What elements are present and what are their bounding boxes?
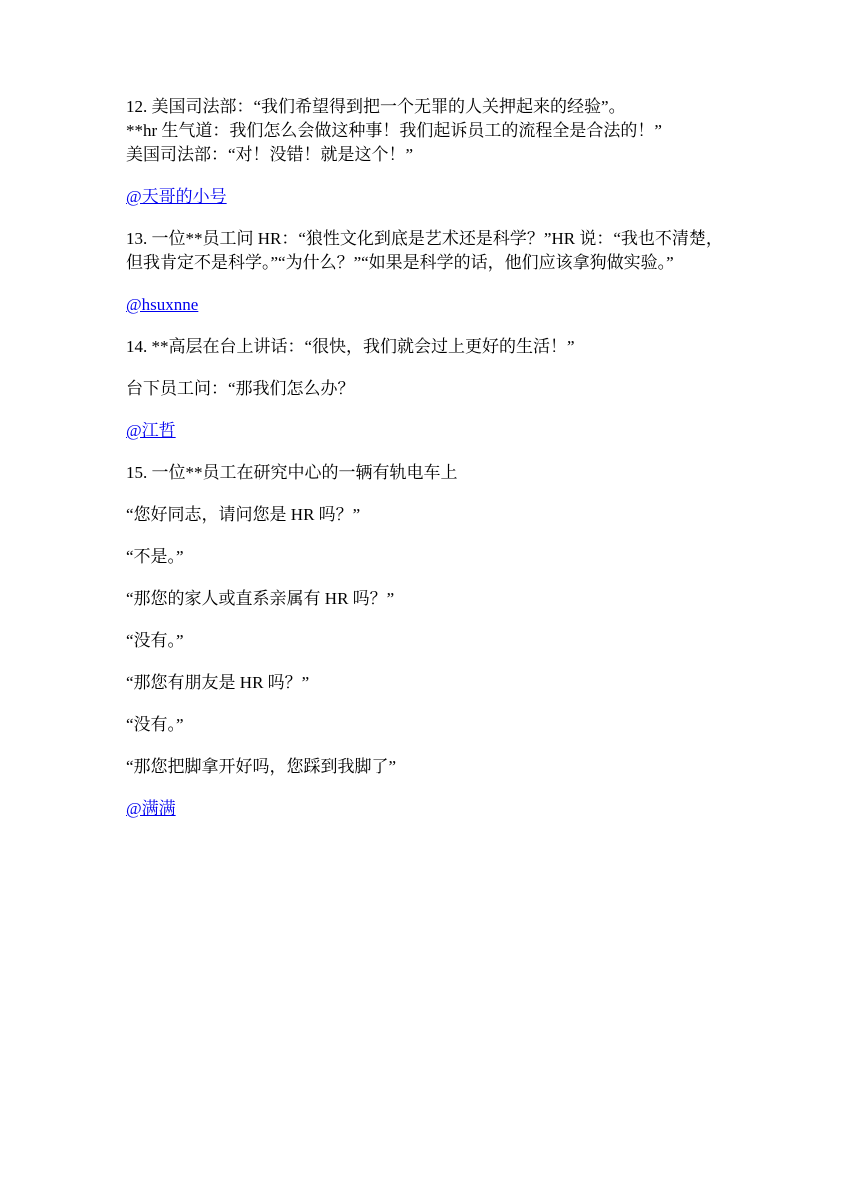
joke-dialog-line: “那您的家人或直系亲属有 HR 吗？” [126, 587, 738, 611]
joke-dialog-line: “那您有朋友是 HR 吗？” [126, 671, 738, 695]
joke-line: “您好同志，请问您是 HR 吗？” [126, 503, 738, 527]
joke-paragraph: 13. 一位**员工问 HR：“狼性文化到底是艺术还是科学？”HR 说：“我也不… [126, 227, 738, 275]
attribution-paragraph: @天哥的小号 [126, 185, 738, 209]
attribution-paragraph: @江哲 [126, 419, 738, 443]
attribution-link-15[interactable]: @满满 [126, 799, 176, 818]
joke-line: “那您有朋友是 HR 吗？” [126, 671, 738, 695]
attribution-link-13[interactable]: @hsuxnne [126, 295, 198, 314]
attribution-link-14[interactable]: @江哲 [126, 421, 176, 440]
joke-line: 美国司法部：“对！没错！就是这个！” [126, 143, 738, 167]
joke-line: “那您把脚拿开好吗，您踩到我脚了” [126, 755, 738, 779]
joke-paragraph: 台下员工问：“那我们怎么办？ [126, 377, 738, 401]
joke-dialog-line: “没有。” [126, 629, 738, 653]
joke-line: 12. 美国司法部：“我们希望得到把一个无罪的人关押起来的经验”。 [126, 95, 738, 119]
joke-item-13: 13. 一位**员工问 HR：“狼性文化到底是艺术还是科学？”HR 说：“我也不… [126, 227, 738, 317]
joke-dialog-line: “那您把脚拿开好吗，您踩到我脚了” [126, 755, 738, 779]
joke-item-15: 15. 一位**员工在研究中心的一辆有轨电车上 “您好同志，请问您是 HR 吗？… [126, 461, 738, 821]
attribution-link-12[interactable]: @天哥的小号 [126, 187, 227, 206]
joke-item-14: 14. **高层在台上讲话：“很快，我们就会过上更好的生活！” 台下员工问：“那… [126, 335, 738, 443]
joke-dialog-line: “没有。” [126, 713, 738, 737]
joke-paragraph: 15. 一位**员工在研究中心的一辆有轨电车上 [126, 461, 738, 485]
joke-line: **hr 生气道：我们怎么会做这种事！我们起诉员工的流程全是合法的！” [126, 119, 738, 143]
attribution-paragraph: @hsuxnne [126, 293, 738, 317]
joke-line: “没有。” [126, 629, 738, 653]
joke-paragraph: 14. **高层在台上讲话：“很快，我们就会过上更好的生活！” [126, 335, 738, 359]
document-page: { "page": { "background": "#ffffff", "te… [0, 0, 848, 1200]
attribution-paragraph: @满满 [126, 797, 738, 821]
joke-line: “没有。” [126, 713, 738, 737]
joke-line: 13. 一位**员工问 HR：“狼性文化到底是艺术还是科学？”HR 说：“我也不… [126, 227, 738, 275]
joke-dialog-line: “您好同志，请问您是 HR 吗？” [126, 503, 738, 527]
joke-line: 15. 一位**员工在研究中心的一辆有轨电车上 [126, 461, 738, 485]
joke-line: “不是。” [126, 545, 738, 569]
joke-line: 14. **高层在台上讲话：“很快，我们就会过上更好的生活！” [126, 335, 738, 359]
joke-line: 台下员工问：“那我们怎么办？ [126, 377, 738, 401]
document-body: 12. 美国司法部：“我们希望得到把一个无罪的人关押起来的经验”。 **hr 生… [0, 0, 848, 821]
joke-dialog-line: “不是。” [126, 545, 738, 569]
joke-line: “那您的家人或直系亲属有 HR 吗？” [126, 587, 738, 611]
joke-item-12: 12. 美国司法部：“我们希望得到把一个无罪的人关押起来的经验”。 **hr 生… [126, 95, 738, 209]
joke-paragraph: 12. 美国司法部：“我们希望得到把一个无罪的人关押起来的经验”。 **hr 生… [126, 95, 738, 167]
